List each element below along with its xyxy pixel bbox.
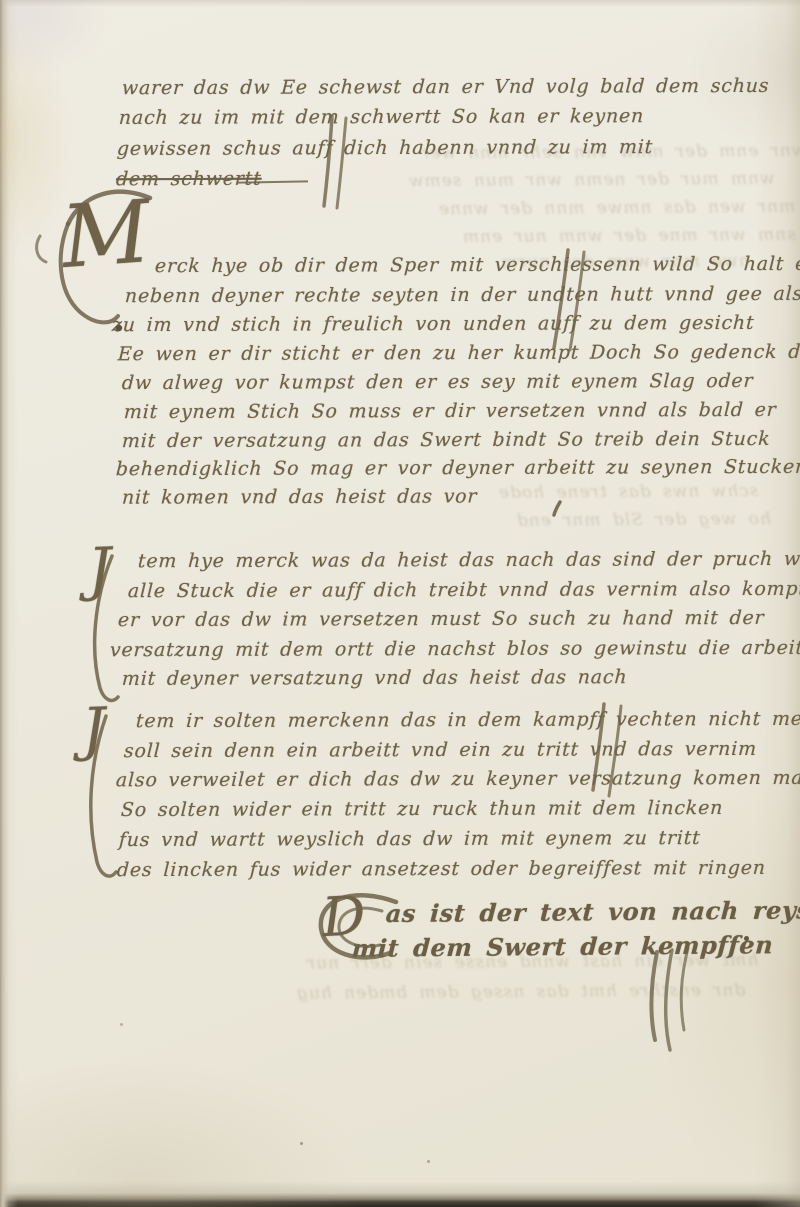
text-line: mit der versatzung an das Swert bindt So…	[121, 430, 770, 451]
text-line: warer das dw Ee schewst dan er Vnd volg …	[121, 77, 769, 98]
show-through-line: schw nws das trene hode	[498, 481, 759, 503]
text-line: fus vnd wartt weyslich das dw im mit eyn…	[118, 829, 701, 850]
ink-speck	[120, 1023, 123, 1026]
text-line: dw alweg vor kumpst den er es sey mit ey…	[121, 372, 753, 393]
show-through-line: ho weg der Sld mnr end	[516, 509, 771, 531]
text-line: tem hye merck was da heist das nach das …	[137, 550, 800, 571]
margin-curl	[37, 236, 46, 262]
decorated-initial-m: M	[59, 189, 153, 281]
show-through-line: snm wnr mne der wnm nur enm	[462, 225, 796, 247]
text-line: So solten wider ein tritt zu ruck thun m…	[120, 799, 723, 820]
text-line: versatzung mit dem ortt die nachst blos …	[109, 639, 800, 660]
text-line: nach zu im mit dem schwertt So kan er ke…	[118, 107, 644, 128]
show-through-line: nwe mnr wnm des nurm	[500, 251, 750, 273]
show-through-line: dnr ensthre hmt das nsseg dem bmden hug	[296, 980, 745, 1003]
ink-speck	[196, 498, 199, 501]
text-line: also verweilet er dich das dw zu keyner …	[115, 769, 800, 791]
strike-mark	[238, 180, 308, 183]
decorated-initial-item: J	[87, 540, 112, 599]
text-line: Ee wen er dir sticht er den zu her kumpt…	[117, 343, 800, 364]
text-line: des lincken fus wider ansetzest oder beg…	[116, 859, 766, 880]
text-line: behendigklich So mag er vor deyner arbei…	[115, 458, 800, 479]
manuscript-page: warer das dw Ee schewst dan er Vnd volg …	[0, 0, 800, 1207]
show-through-line: hmt wer ein hast wnnd ensse sein derr nu…	[306, 950, 758, 973]
text-line: tem ir solten merckenn das in dem kampff…	[135, 710, 800, 731]
ink-speck	[300, 1142, 303, 1145]
ink-speck	[744, 936, 749, 941]
show-through-line: nm wnr enm der mnw vnn sehr mnn wer	[420, 141, 800, 164]
text-line: zu im vnd stich in freulich von unden au…	[111, 314, 754, 335]
show-through-line: mnr wen das nmwe mnn der wnne	[438, 197, 795, 219]
descender-stroke	[337, 118, 346, 208]
text-line: mit eynem Stich So muss er dir versetzen…	[123, 401, 777, 422]
ink-speck	[427, 1160, 430, 1163]
text-line: nit komen vnd das heist das vor	[122, 487, 478, 507]
text-line: mit deyner versatzung vnd das heist das …	[121, 668, 627, 689]
section-heading-line: as ist der text von nach reyssen	[385, 895, 800, 928]
text-line: soll sein denn ein arbeitt vnd ein zu tr…	[123, 740, 757, 761]
text-line: nebenn deyner rechte seyten in der undte…	[124, 285, 800, 306]
show-through-line: wnm mur der nemn wnr mun semw	[408, 169, 775, 192]
text-line: alle Stuck die er auff dich treibt vnnd …	[127, 580, 800, 601]
descender-stroke	[324, 116, 332, 206]
text-line: er vor das dw im versetzen must So such …	[117, 609, 764, 630]
decorated-initial-item: J	[81, 700, 106, 759]
